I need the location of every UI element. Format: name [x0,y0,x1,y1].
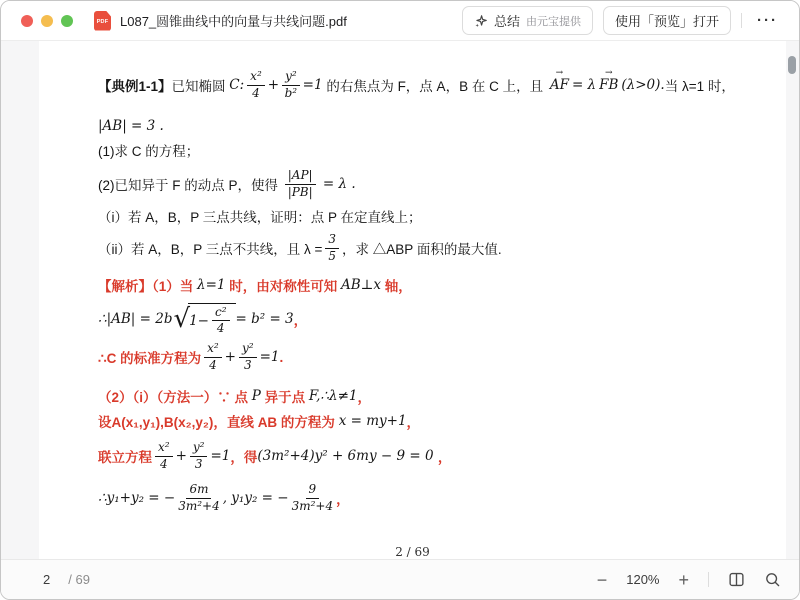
page-footer-number: 2 / 69 [39,542,786,559]
zoom-in-button[interactable]: + [678,571,689,589]
doc-line-example: 【典例1-1】已知椭圆 C:x²4+y²b²=1 的右焦点为 F，点 A，B 在… [98,65,735,105]
vector-AF: →AF [550,77,569,93]
radicand: 1−c²4 [188,303,235,335]
example-tag: 【典例1-1】 [98,75,172,95]
fraction: |AP||PB| [285,169,316,198]
doc-line-q2: (2)已知异于 F 的动点 P，使得 |AP||PB| = λ . [98,164,356,204]
doc-line-analysis: 【解析】（1）当 λ=1 时，由对称性可知 AB⊥x 轴， [98,273,412,297]
summarize-button[interactable]: 总结 由元宝提供 [462,6,593,35]
pdf-icon-label: PDF [97,20,109,26]
doc-line-system: 联立方程x²4+y²3=1，得(3m²+4)y² + 6my − 9 = 0 ， [98,436,451,476]
doc-line-method1: （2）（i）（方法一）∵ 点 P 异于点 F,∴λ≠1， [98,384,371,408]
statusbar-divider [708,572,709,587]
fraction: y²3 [239,342,257,371]
doc-line-standard-eq: ∴C 的标准方程为x²4+y²3=1. [98,337,283,377]
scrollbar-thumb[interactable] [788,56,796,74]
status-bar: 2 / 69 − 120% + [1,559,799,599]
document-area: 【典例1-1】已知椭圆 C:x²4+y²b²=1 的右焦点为 F，点 A，B 在… [1,41,799,559]
doc-line-ab-length: ∴|AB| = 2b√1−c²4= b² = 3， [98,297,307,341]
doc-line-ab3: |AB| = 3 . [98,114,164,138]
titlebar-actions: 总结 由元宝提供 使用「预览」打开 ··· [462,6,783,35]
fraction: 93m²+4 [292,483,334,512]
fraction: y²3 [190,441,208,470]
summarize-label: 总结 [494,11,520,30]
titlebar-divider [741,13,742,28]
window-title: L087_圆锥曲线中的向量与共线问题.pdf [120,11,347,30]
sparkle-icon [474,14,488,28]
close-button[interactable] [21,15,33,27]
vector-arrow-icon: → [556,68,564,78]
vector-arrow-icon: → [605,68,613,78]
open-with-preview-button[interactable]: 使用「预览」打开 [603,6,731,35]
page-number-input[interactable]: 2 [43,572,50,587]
open-with-preview-label: 使用「预览」打开 [615,11,719,30]
zoom-out-button[interactable]: − [597,571,608,589]
zoom-level-label: 120% [626,572,659,587]
doc-line-setup: 设A(x₁,y₁),B(x₂,y₂)，直线 AB 的方程为 x = my+1， [98,409,420,433]
fraction: x²4 [247,70,265,99]
pdf-file-icon: PDF [94,11,111,31]
fraction: x²4 [204,342,222,371]
fraction: y²b² [282,70,300,99]
view-controls: − 120% + [597,571,781,589]
doc-line-q1: (1)求 C 的方程； [98,138,199,162]
app-window: PDF L087_圆锥曲线中的向量与共线问题.pdf 总结 由元宝提供 使用「预… [0,0,800,600]
minimize-button[interactable] [41,15,53,27]
doc-line-vieta: ∴y₁+y₂ = −6m3m²+4, y₁y₂ = −93m²+4， [98,478,350,518]
split-view-button[interactable] [728,571,745,588]
doc-line-qi: （i）若 A，B，P 三点共线，证明：点 P 在定直线上； [98,204,422,228]
title-bar: PDF L087_圆锥曲线中的向量与共线问题.pdf 总结 由元宝提供 使用「预… [1,1,799,41]
fraction: c²4 [212,306,230,335]
summarize-provider: 由元宝提供 [526,13,581,29]
pdf-page: 【典例1-1】已知椭圆 C:x²4+y²b²=1 的右焦点为 F，点 A，B 在… [39,41,786,559]
page-total-label: / 69 [68,572,90,587]
fraction: x²4 [155,441,173,470]
maximize-button[interactable] [61,15,73,27]
doc-line-qii: （ii）若 A，B，P 三点不共线，且 λ =35，求 △ABP 面积的最大值. [98,231,502,265]
vector-FB: →FB [599,77,618,93]
search-button[interactable] [764,571,781,588]
more-button[interactable]: ··· [752,12,783,29]
fraction: 35 [325,233,339,262]
fraction: 6m3m²+4 [178,483,220,512]
